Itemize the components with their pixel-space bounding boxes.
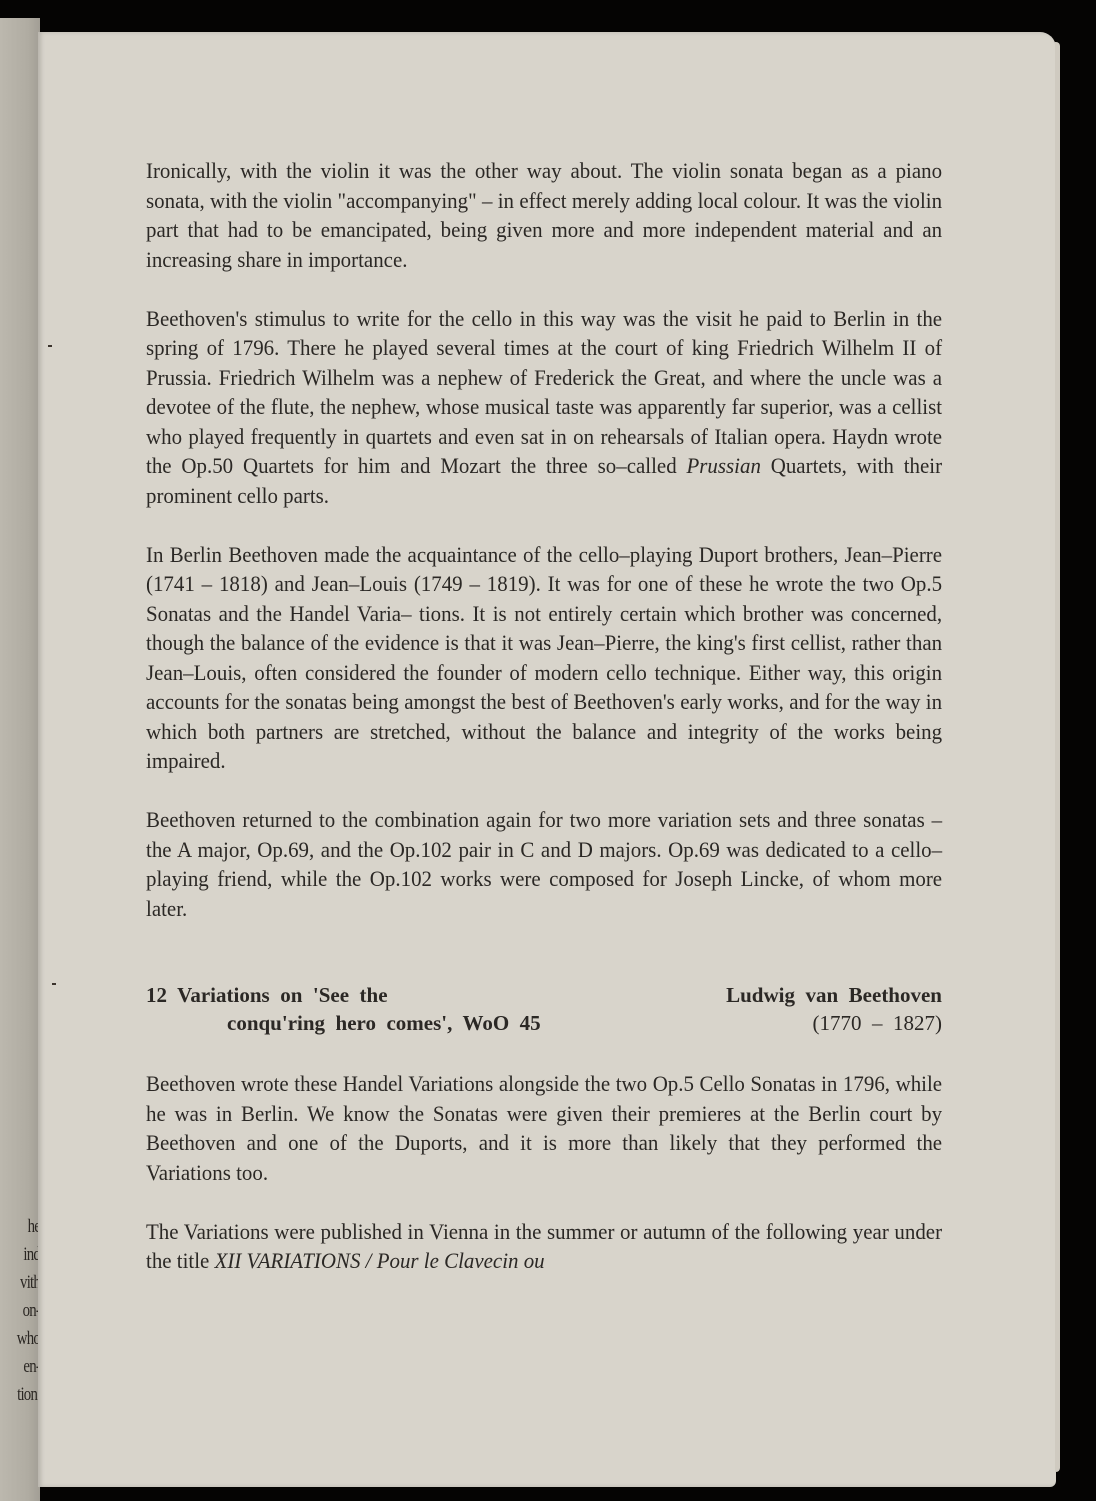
paragraph-handel-variations: Beethoven wrote these Handel Variations …	[146, 1069, 942, 1187]
paragraph-later-works: Beethoven returned to the combination ag…	[146, 805, 942, 923]
margin-mark	[52, 983, 56, 985]
section-heading: 12 Variations on 'See the conqu'ring her…	[146, 981, 942, 1041]
fragment: he	[9, 1213, 40, 1241]
paragraph-duport-brothers: In Berlin Beethoven made the acquaintanc…	[146, 540, 942, 776]
page-edge	[1055, 42, 1060, 1472]
paragraph-publication: The Variations were published in Vienna …	[146, 1217, 942, 1276]
fragment: who	[9, 1325, 40, 1353]
work-title: 12 Variations on 'See the conqu'ring her…	[146, 981, 541, 1037]
page-content: Ironically, with the violin it was the o…	[146, 156, 942, 1305]
fragment: ind	[9, 1241, 40, 1269]
composer-info: Ludwig van Beethoven (1770 – 1827)	[726, 981, 942, 1037]
fragment: en-	[9, 1353, 40, 1381]
paragraph-violin-sonata: Ironically, with the violin it was the o…	[146, 156, 942, 274]
composer-dates: (1770 – 1827)	[726, 1009, 942, 1037]
fragment: tion.	[9, 1381, 40, 1409]
paragraph-berlin-visit: Beethoven's stimulus to write for the ce…	[146, 304, 942, 511]
italic-publication-title: XII VARIATIONS / Pour le Clavecin ou	[215, 1248, 545, 1273]
margin-mark	[48, 345, 52, 347]
italic-prussian: Prussian	[686, 453, 760, 478]
previous-page-text-fragments: he ind vith on- who en- tion.	[9, 1213, 40, 1409]
composer-name: Ludwig van Beethoven	[726, 981, 942, 1009]
fragment: vith	[9, 1269, 40, 1297]
fragment: on-	[9, 1297, 40, 1325]
book-page: Ironically, with the violin it was the o…	[38, 32, 1056, 1487]
previous-page-edge: he ind vith on- who en- tion.	[0, 18, 40, 1501]
